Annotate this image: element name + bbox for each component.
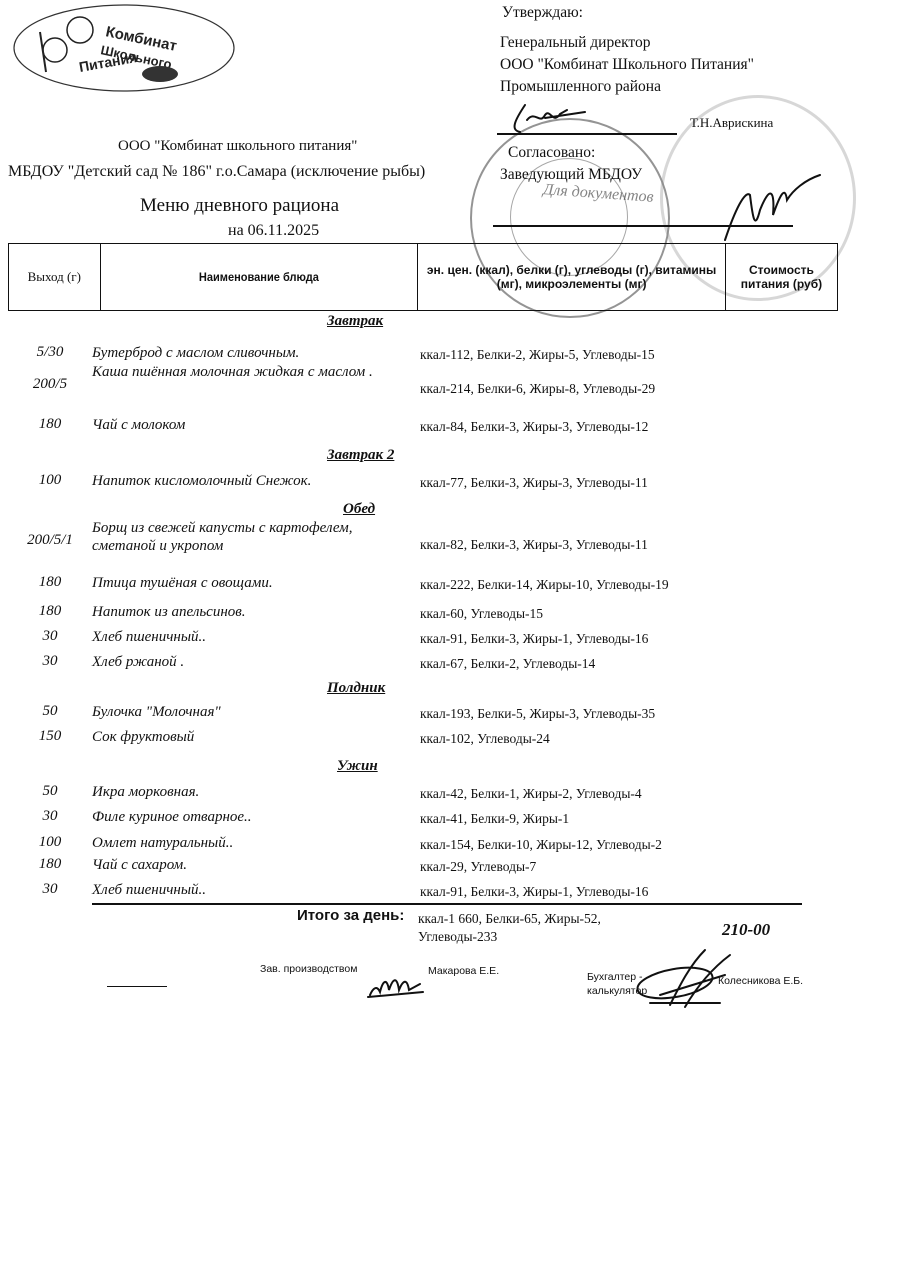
total-divider: [92, 903, 802, 905]
menu-row: 180Напиток из апельсинов.ккал-60, Углево…: [0, 603, 905, 623]
row-nutrition: ккал-67, Белки-2, Углеводы-14: [420, 656, 595, 672]
meal-heading: Полдник: [327, 680, 385, 697]
row-nutrition: ккал-91, Белки-3, Жиры-1, Углеводы-16: [420, 631, 648, 647]
total-label: Итого за день:: [297, 907, 404, 924]
row-dish: Чай с сахаром.: [92, 856, 187, 874]
row-dish: Напиток из апельсинов.: [92, 603, 246, 621]
meal-heading: Завтрак 2: [327, 447, 394, 464]
row-amount: 30: [14, 808, 86, 825]
org-name: ООО "Комбинат школьного питания": [118, 138, 357, 155]
row-amount: 50: [14, 703, 86, 720]
total-nutrition-line2: Углеводы-233: [418, 928, 601, 946]
menu-row: 180Птица тушёная с овощами.ккал-222, Бел…: [0, 574, 905, 594]
institution-name: МБДОУ "Детский сад № 186" г.о.Самара (ис…: [8, 163, 425, 181]
menu-row: 100Напиток кисломолочный Снежок.ккал-77,…: [0, 472, 905, 492]
approval-block: Утверждаю: Генеральный директор ООО "Ком…: [500, 2, 754, 98]
row-nutrition: ккал-42, Белки-1, Жиры-2, Углеводы-4: [420, 786, 642, 802]
approval-company: ООО "Комбинат Школьного Питания": [500, 54, 754, 76]
menu-row: 30 Хлеб ржаной .ккал-67, Белки-2, Углево…: [0, 653, 905, 673]
agreed-position: Заведующий МБДОУ: [500, 164, 642, 186]
page-title: Меню дневного рациона: [140, 195, 339, 217]
col-yield: Выход (г): [9, 244, 101, 311]
row-dish: Хлеб пшеничный..: [92, 881, 206, 899]
menu-row: 30Хлеб пшеничный..ккал-91, Белки-3, Жиры…: [0, 881, 905, 901]
agreed-heading: Согласовано:: [508, 142, 642, 164]
row-dish: Чай с молоком: [92, 416, 185, 434]
row-nutrition: ккал-193, Белки-5, Жиры-3, Углеводы-35: [420, 706, 655, 722]
approval-heading: Утверждаю:: [502, 2, 754, 24]
menu-row: 5/30Бутерброд с маслом сливочным.ккал-11…: [0, 344, 905, 364]
menu-table-header: Выход (г) Наименование блюда эн. цен. (к…: [8, 243, 838, 311]
row-nutrition: ккал-77, Белки-3, Жиры-3, Углеводы-11: [420, 475, 648, 491]
row-amount: 50: [14, 783, 86, 800]
menu-row: 30Филе куриное отварное..ккал-41, Белки-…: [0, 808, 905, 828]
accountant-signature: [630, 945, 740, 1010]
row-dish: Каша пшённая молочная жидкая с маслом .: [92, 363, 392, 381]
row-amount: 180: [14, 856, 86, 873]
meal-heading: Обед: [343, 501, 375, 518]
menu-row: 50Икра морковная.ккал-42, Белки-1, Жиры-…: [0, 783, 905, 803]
menu-row: 30Хлеб пшеничный..ккал-91, Белки-3, Жиры…: [0, 628, 905, 648]
row-dish: Борщ из свежей капусты с картофелем, сме…: [92, 519, 392, 555]
agreed-block: Согласовано: Заведующий МБДОУ: [490, 142, 642, 186]
row-nutrition: ккал-84, Белки-3, Жиры-3, Углеводы-12: [420, 419, 648, 435]
total-nutrition-line1: ккал-1 660, Белки-65, Жиры-52,: [418, 910, 601, 928]
row-dish: Булочка "Молочная": [92, 703, 221, 721]
company-logo: Комбинат Школьного Питания: [10, 2, 238, 94]
row-amount: 180: [14, 603, 86, 620]
menu-row: 200/5Каша пшённая молочная жидкая с масл…: [0, 369, 905, 389]
row-amount: 200/5/1: [14, 532, 86, 549]
meal-heading: Ужин: [337, 758, 378, 775]
row-amount: 30: [14, 628, 86, 645]
row-nutrition: ккал-60, Углеводы-15: [420, 606, 543, 622]
row-nutrition: ккал-41, Белки-9, Жиры-1: [420, 811, 569, 827]
row-amount: 100: [14, 472, 86, 489]
row-nutrition: ккал-91, Белки-3, Жиры-1, Углеводы-16: [420, 884, 648, 900]
row-nutrition: ккал-222, Белки-14, Жиры-10, Углеводы-19: [420, 577, 669, 593]
row-amount: 180: [14, 574, 86, 591]
row-amount: 100: [14, 834, 86, 851]
total-nutrition: ккал-1 660, Белки-65, Жиры-52, Углеводы-…: [418, 910, 601, 946]
row-dish: Сок фруктовый: [92, 728, 194, 746]
menu-date: на 06.11.2025: [228, 222, 319, 240]
row-nutrition: ккал-82, Белки-3, Жиры-3, Углеводы-11: [420, 537, 648, 553]
row-dish: Омлет натуральный..: [92, 834, 233, 852]
row-dish: Филе куриное отварное..: [92, 808, 252, 826]
row-nutrition: ккал-154, Белки-10, Жиры-12, Углеводы-2: [420, 837, 662, 853]
row-amount: 180: [14, 416, 86, 433]
approval-district: Промышленного района: [500, 76, 754, 98]
row-dish: Хлеб ржаной .: [92, 653, 184, 671]
manager-signature: [715, 170, 825, 250]
row-amount: 150: [14, 728, 86, 745]
row-amount: 30: [14, 653, 86, 670]
production-signature: [365, 970, 430, 1000]
row-nutrition: ккал-29, Углеводы-7: [420, 859, 536, 875]
menu-row: 50Булочка "Молочная"ккал-193, Белки-5, Ж…: [0, 703, 905, 723]
menu-row: 150Сок фруктовыйккал-102, Углеводы-24: [0, 728, 905, 748]
row-amount: 200/5: [14, 376, 86, 393]
meal-heading: Завтрак: [327, 313, 383, 330]
row-nutrition: ккал-112, Белки-2, Жиры-5, Углеводы-15: [420, 347, 655, 363]
production-title: Зав. производством: [260, 963, 357, 975]
col-dish: Наименование блюда: [113, 244, 405, 311]
row-amount: 5/30: [14, 344, 86, 361]
blank-line: [107, 986, 167, 987]
col-cost: Стоимость питания (руб): [725, 244, 837, 311]
menu-row: 180 Чай с сахаром.ккал-29, Углеводы-7: [0, 856, 905, 876]
manager-signature-line: [493, 225, 793, 227]
menu-row: 100Омлет натуральный..ккал-154, Белки-10…: [0, 834, 905, 854]
svg-text:Питания: Питания: [78, 49, 138, 75]
col-nutrition: эн. цен. (ккал), белки (г), углеводы (г)…: [418, 244, 726, 311]
row-nutrition: ккал-102, Углеводы-24: [420, 731, 550, 747]
row-amount: 30: [14, 881, 86, 898]
row-dish: Птица тушёная с овощами.: [92, 574, 273, 592]
total-cost: 210-00: [722, 920, 770, 940]
row-dish: Бутерброд с маслом сливочным.: [92, 344, 299, 362]
row-dish: Икра морковная.: [92, 783, 199, 801]
row-dish: Хлеб пшеничный..: [92, 628, 206, 646]
menu-row: 200/5/1Борщ из свежей капусты с картофел…: [0, 525, 905, 545]
row-nutrition: ккал-214, Белки-6, Жиры-8, Углеводы-29: [420, 381, 655, 397]
menu-row: 180 Чай с молокомккал-84, Белки-3, Жиры-…: [0, 416, 905, 436]
director-name: Т.Н.Аврискина: [690, 115, 773, 131]
row-dish: Напиток кисломолочный Снежок.: [92, 472, 311, 490]
director-signature-line: [497, 133, 677, 135]
approval-position: Генеральный директор: [500, 32, 754, 54]
production-name: Макарова Е.Е.: [428, 965, 499, 977]
